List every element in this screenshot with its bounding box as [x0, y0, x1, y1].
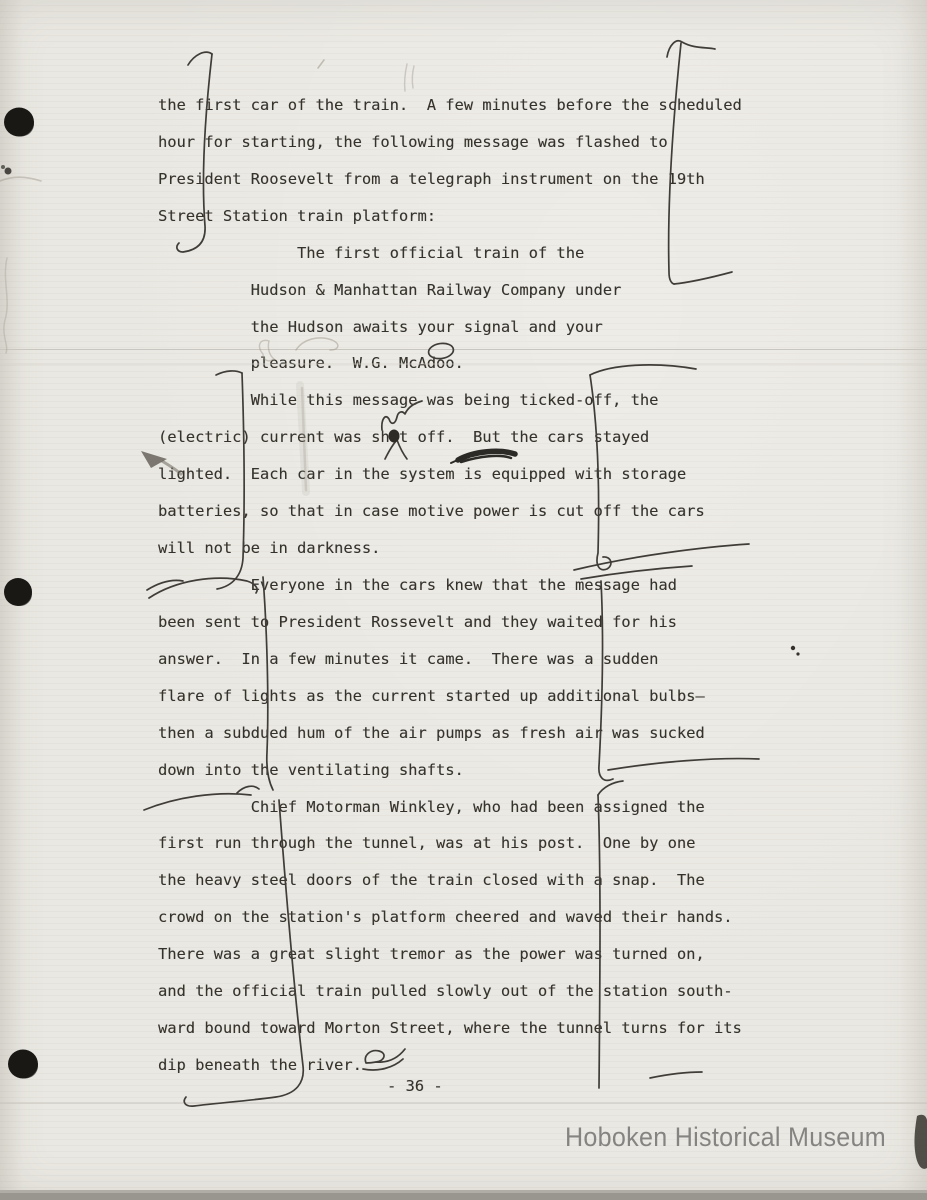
typed-line: the first car of the train. A few minute…: [158, 87, 742, 124]
typed-line: flare of lights as the current started u…: [158, 678, 742, 715]
typed-line: President Roosevelt from a telegraph ins…: [158, 161, 742, 198]
hole-punches: [4, 108, 38, 1079]
typed-line: There was a great slight tremor as the p…: [158, 936, 742, 973]
typed-line: then a subdued hum of the air pumps as f…: [158, 715, 742, 752]
typed-line: Everyone in the cars knew that the messa…: [158, 567, 742, 604]
bottom-scan-edge: [0, 1190, 927, 1200]
typed-line: the heavy steel doors of the train close…: [158, 862, 742, 899]
typed-line: dip beneath the river.: [158, 1047, 742, 1084]
typed-line: first run through the tunnel, was at his…: [158, 825, 742, 862]
typed-line: Hudson & Manhattan Railway Company under: [158, 272, 742, 309]
typed-line: ward bound toward Morton Street, where t…: [158, 1010, 742, 1047]
scan-edge-blotch: [914, 1115, 927, 1169]
typed-line: lighted. Each car in the system is equip…: [158, 456, 742, 493]
hole-punch: [4, 578, 32, 606]
typed-line: the Hudson awaits your signal and your: [158, 309, 742, 346]
typed-line: been sent to President Rossevelt and the…: [158, 604, 742, 641]
typed-line: and the official train pulled slowly out…: [158, 973, 742, 1010]
typed-text-block: the first car of the train. A few minute…: [158, 87, 742, 1084]
page-number: - 36 -: [387, 1077, 443, 1095]
typed-line: will not be in darkness.: [158, 530, 742, 567]
typed-line: answer. In a few minutes it came. There …: [158, 641, 742, 678]
ink-dot: [796, 652, 799, 655]
hole-punch: [4, 108, 34, 137]
typed-line: Street Station train platform:: [158, 198, 742, 235]
ink-speck: [5, 168, 12, 175]
typed-line: batteries, so that in case motive power …: [158, 493, 742, 530]
typed-line: Chief Motorman Winkley, who had been ass…: [158, 789, 742, 826]
typed-line: The first official train of the: [158, 235, 742, 272]
typed-line: (electric) current was shot off. But the…: [158, 419, 742, 456]
ink-dot: [791, 646, 795, 650]
typed-line: down into the ventilating shafts.: [158, 752, 742, 789]
typed-line: hour for starting, the following message…: [158, 124, 742, 161]
typed-line: pleasure. W.G. McAdoo.: [158, 345, 742, 382]
typed-line: While this message was being ticked-off,…: [158, 382, 742, 419]
watermark-text: Hoboken Historical Museum: [565, 1122, 886, 1153]
typed-line: crowd on the station's platform cheered …: [158, 899, 742, 936]
scanned-document-page: the first car of the train. A few minute…: [0, 0, 927, 1200]
hole-punch: [8, 1050, 38, 1079]
